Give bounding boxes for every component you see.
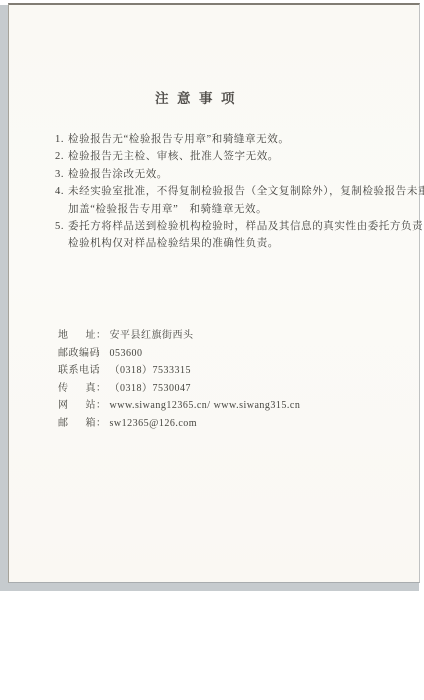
notice-item-4: 4. 未经实验室批准，不得复制检验报告（全文复制除外），复制检验报告未重新 加盖…: [55, 183, 395, 218]
notice-line: 检验报告涂改无效。: [68, 166, 395, 183]
document-sheet: 注意事项 1. 检验报告无“检验报告专用章”和骑缝章无效。 2. 检验报告无主检…: [8, 3, 420, 583]
contact-row-phone: 联系电话：（0318）7533315: [58, 362, 300, 380]
notice-text: 检验报告无“检验报告专用章”和骑缝章无效。: [68, 131, 395, 148]
contact-label: 传真: [58, 380, 96, 398]
contact-row-fax: 传真：（0318）7530047: [58, 380, 300, 398]
notice-line: 检验机构仅对样品检验结果的准确性负责。: [68, 235, 424, 252]
contact-label: 地址: [58, 327, 96, 345]
contact-value: sw12365@126.com: [110, 415, 198, 433]
notice-line: 检验报告无“检验报告专用章”和骑缝章无效。: [68, 131, 395, 148]
notice-number: 4.: [55, 183, 68, 200]
notice-text: 检验报告涂改无效。: [68, 166, 395, 183]
notice-line: 未经实验室批准，不得复制检验报告（全文复制除外），复制检验报告未重新: [68, 183, 424, 200]
contact-row-postcode: 邮政编码：053600: [58, 345, 300, 363]
contact-value: 安平县红旗街西头: [110, 327, 194, 345]
contact-info: 地址：安平县红旗街西头 邮政编码：053600 联系电话：（0318）75333…: [58, 327, 300, 433]
contact-label: 联系电话: [58, 362, 96, 380]
page-title: 注意事项: [0, 87, 404, 107]
contact-row-website: 网站：www.siwang12365.cn/ www.siwang315.cn: [58, 397, 300, 415]
notice-item-2: 2. 检验报告无主检、审核、批准人签字无效。: [55, 148, 395, 165]
contact-value: （0318）7530047: [110, 380, 192, 398]
notice-number: 3.: [55, 166, 68, 183]
notice-item-5: 5. 委托方将样品送到检验机构检验时，样品及其信息的真实性由委托方负责， 检验机…: [55, 218, 395, 253]
notice-text: 检验报告无主检、审核、批准人签字无效。: [68, 148, 395, 165]
contact-label: 网站: [58, 397, 96, 415]
contact-value: （0318）7533315: [110, 362, 192, 380]
notice-number: 2.: [55, 148, 68, 165]
notice-number: 5.: [55, 218, 68, 235]
contact-colon: ：: [96, 327, 107, 345]
notice-text: 未经实验室批准，不得复制检验报告（全文复制除外），复制检验报告未重新 加盖“检验…: [68, 183, 424, 218]
contact-label: 邮箱: [58, 415, 96, 433]
notice-line: 检验报告无主检、审核、批准人签字无效。: [68, 148, 395, 165]
notice-line: 加盖“检验报告专用章” 和骑缝章无效。: [68, 201, 424, 218]
notice-number: 1.: [55, 131, 68, 148]
contact-row-email: 邮箱：sw12365@126.com: [58, 415, 300, 433]
notice-item-1: 1. 检验报告无“检验报告专用章”和骑缝章无效。: [55, 131, 395, 148]
contact-colon: ：: [96, 362, 107, 380]
notice-line: 委托方将样品送到检验机构检验时，样品及其信息的真实性由委托方负责，: [68, 218, 424, 235]
contact-colon: ：: [96, 345, 107, 363]
contact-value: 053600: [110, 345, 143, 363]
contact-value: www.siwang12365.cn/ www.siwang315.cn: [110, 397, 301, 415]
notice-list: 1. 检验报告无“检验报告专用章”和骑缝章无效。 2. 检验报告无主检、审核、批…: [55, 131, 395, 253]
notice-item-3: 3. 检验报告涂改无效。: [55, 166, 395, 183]
notice-text: 委托方将样品送到检验机构检验时，样品及其信息的真实性由委托方负责， 检验机构仅对…: [68, 218, 424, 253]
contact-colon: ：: [96, 397, 107, 415]
scanned-page: 注意事项 1. 检验报告无“检验报告专用章”和骑缝章无效。 2. 检验报告无主检…: [0, 0, 424, 700]
contact-colon: ：: [96, 380, 107, 398]
contact-label: 邮政编码: [58, 345, 96, 363]
contact-colon: ：: [96, 415, 107, 433]
contact-row-address: 地址：安平县红旗街西头: [58, 327, 300, 345]
